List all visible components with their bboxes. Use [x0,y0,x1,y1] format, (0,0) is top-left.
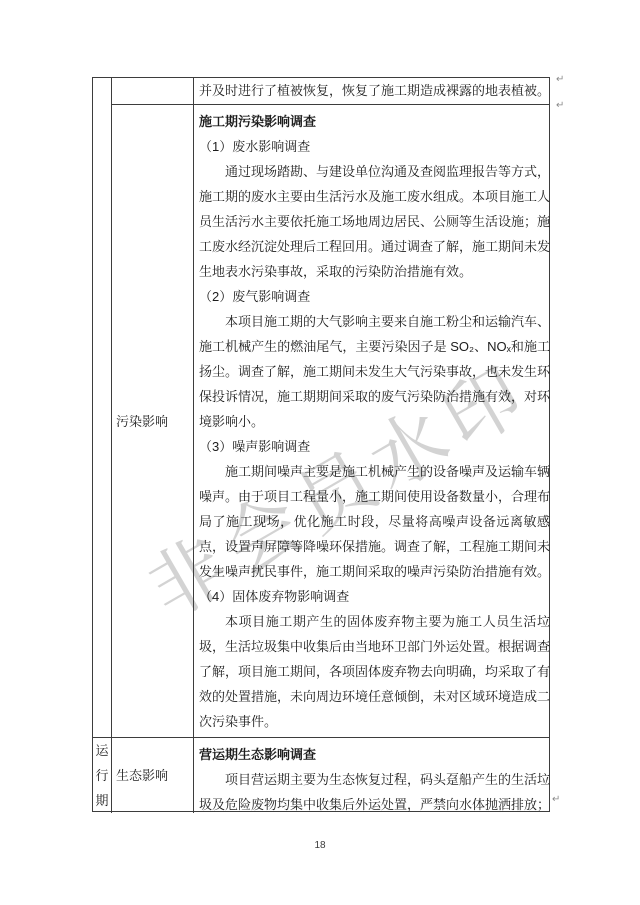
paragraph-mark-icon: ↵ [556,100,564,111]
phase-char: 行 [93,763,111,788]
document-page: { "page": { "number": "18" }, "watermark… [0,0,640,905]
aspect-cell-pollution: 污染影响 [112,105,194,738]
section-heading: 营运期生态影响调查 [199,742,550,767]
paragraph: 通过现场踏勘、与建设单位沟通及查阅监理报告等方式，施工期的废水主要由生活污水及施… [199,159,550,284]
aspect-cell-empty [112,78,194,105]
phase-char: 运 [93,738,111,763]
aspect-label: 生态影响 [116,763,168,788]
phase-cell-merged [93,78,112,738]
paragraph: （4）固体废弃物影响调查 [199,584,550,609]
paragraph: （1）废水影响调查 [199,134,550,159]
page-number: 18 [0,840,640,851]
paragraph: （3）噪声影响调查 [199,434,550,459]
aspect-label: 污染影响 [116,409,168,434]
phase-cell-operation: 运行期 [93,738,112,813]
content-cell-construction-pollution: 施工期污染影响调查（1）废水影响调查通过现场踏勘、与建设单位沟通及查阅监理报告等… [194,105,550,738]
content-cell-operation-ecology: 营运期生态影响调查项目营运期主要为生态恢复过程，码头趸船产生的生活垃圾及危险废物… [194,738,550,813]
paragraph: 本项目施工期的大气影响主要来自施工粉尘和运输汽车、施工机械产生的燃油尾气，主要污… [199,309,550,434]
aspect-cell-ecology: 生态影响 [112,738,194,813]
paragraph-mark-icon: ↵ [556,74,564,85]
paragraph: 并及时进行了植被恢复，恢复了施工期造成裸露的地表植被。 [199,78,550,104]
section-heading: 施工期污染影响调查 [199,109,550,134]
paragraph: 施工期间噪声主要是施工机械产生的设备噪声及运输车辆噪声。由于项目工程量小，施工期… [199,459,550,584]
paragraph: 项目营运期主要为生态恢复过程，码头趸船产生的生活垃圾及危险废物均集中收集后外运处… [199,767,550,817]
phase-char: 期 [93,788,111,813]
paragraph: 本项目施工期产生的固体废弃物主要为施工人员生活垃圾，生活垃圾集中收集后由当地环卫… [199,609,550,734]
content-cell-vegetation: 并及时进行了植被恢复，恢复了施工期造成裸露的地表植被。 [194,78,550,105]
paragraph-mark-icon: ↵ [552,794,560,805]
report-table: 运行期 污染影响 生态影响 并及时进行了植被恢复，恢复了施工期造成裸露的地表植被… [92,77,550,812]
paragraph: （2）废气影响调查 [199,284,550,309]
